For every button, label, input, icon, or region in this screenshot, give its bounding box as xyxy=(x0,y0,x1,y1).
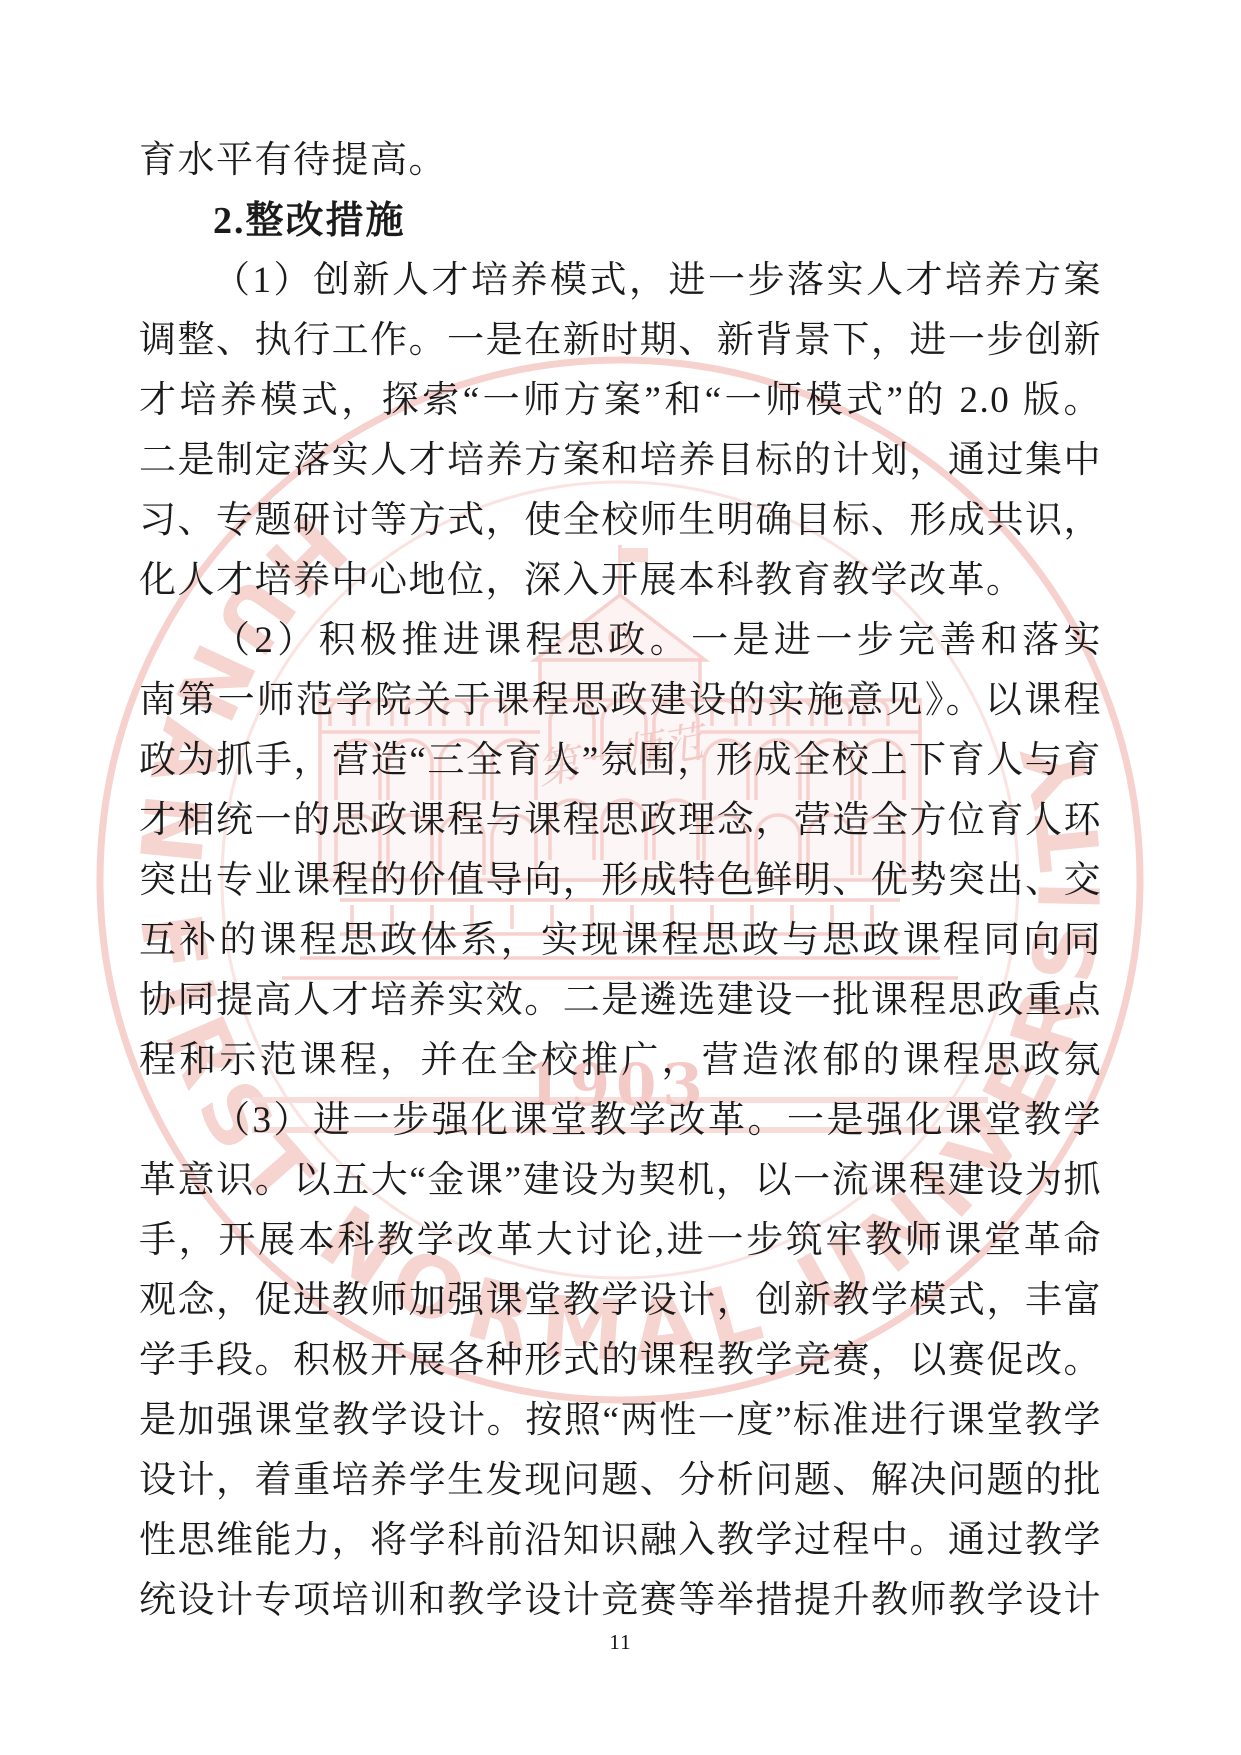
body-line: 手，开展本科教学改革大讨论,进一步筑牢教师课堂革命的 xyxy=(139,1211,1102,1271)
body-line: 学手段。积极开展各种形式的课程教学竞赛，以赛促改。二 xyxy=(139,1331,1102,1391)
body-line: （2）积极推进课程思政。一是进一步完善和落实《湖 xyxy=(139,611,1102,671)
body-line: 二是制定落实人才培养方案和培养目标的计划，通过集中学 xyxy=(139,431,1102,491)
body-line: 程和示范课程，并在全校推广，营造浓郁的课程思政氛围。 xyxy=(139,1031,1102,1091)
body-line: 南第一师范学院关于课程思政建设的实施意见》。以课程思 xyxy=(139,671,1102,731)
page-number: 11 xyxy=(0,1630,1241,1655)
body-line: （3）进一步强化课堂教学改革。一是强化课堂教学改 xyxy=(139,1091,1102,1151)
section-heading: 2.整改措施 xyxy=(139,191,1102,251)
body-line: 政为抓手，营造“三全育人”氛围，形成全校上下育人与育 xyxy=(139,731,1102,791)
body-line: 习、专题研讨等方式，使全校师生明确目标、形成共识，强 xyxy=(139,491,1102,551)
body-line: 才相统一的思政课程与课程思政理念，营造全方位育人环境， xyxy=(139,791,1102,851)
body-line: 统设计专项培训和教学设计竞赛等举措提升教师教学设计 xyxy=(139,1571,1102,1631)
body-line: 是加强课堂教学设计。按照“两性一度”标准进行课堂教学 xyxy=(139,1391,1102,1451)
document-page: HUNAN FIRST NORMAL UNIVERSITY xyxy=(0,0,1241,1755)
body-line: 化人才培养中心地位，深入开展本科教育教学改革。 xyxy=(139,551,1102,611)
body-line: 协同提高人才培养实效。二是遴选建设一批课程思政重点课 xyxy=(139,971,1102,1031)
body-line: 性思维能力，将学科前沿知识融入教学过程中。通过教学系 xyxy=(139,1511,1102,1571)
body-line: 互补的课程思政体系，实现课程思政与思政课程同向同行， xyxy=(139,911,1102,971)
body-line: 观念，促进教师加强课堂教学设计，创新教学模式，丰富教 xyxy=(139,1271,1102,1331)
body-line: 育水平有待提高。 xyxy=(139,131,1102,191)
document-body: 育水平有待提高。 2.整改措施 （1）创新人才培养模式，进一步落实人才培养方案的… xyxy=(139,131,1102,1631)
body-line: 革意识。以五大“金课”建设为契机，以一流课程建设为抓 xyxy=(139,1151,1102,1211)
body-line: （1）创新人才培养模式，进一步落实人才培养方案的 xyxy=(139,251,1102,311)
body-line: 调整、执行工作。一是在新时期、新背景下，进一步创新人 xyxy=(139,311,1102,371)
body-line: 设计，着重培养学生发现问题、分析问题、解决问题的批判 xyxy=(139,1451,1102,1511)
body-line: 突出专业课程的价值导向，形成特色鲜明、优势突出、交叉 xyxy=(139,851,1102,911)
body-line: 才培养模式，探索“一师方案”和“一师模式”的 2.0 版。 xyxy=(139,371,1102,431)
